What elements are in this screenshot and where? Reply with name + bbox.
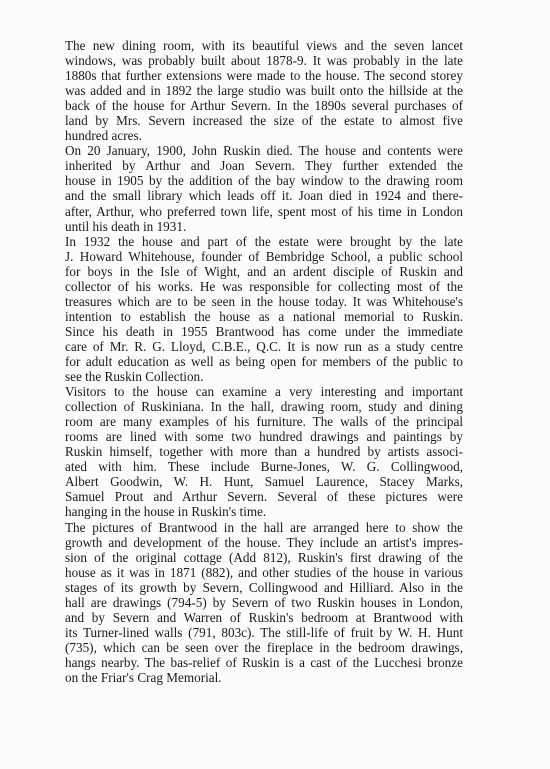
text-line: inherited by Arthur and Joan Severn. The… [65,158,463,173]
text-line: and by Severn and Warren of Ruskin's bed… [65,610,463,625]
text-line: Samuel Prout and Arthur Severn. Several … [65,489,463,504]
paragraph-collection: Visitors to the house can examine a very… [65,384,463,519]
text-line: hangs nearby. The bas-relief of Ruskin i… [65,655,463,670]
text-line: Since his death in 1955 Brantwood has co… [65,324,463,339]
text-line: room are many examples of his furniture.… [65,414,463,429]
text-line: intention to establish the house as a na… [65,309,463,324]
text-line: The new dining room, with its beautiful … [65,38,463,53]
paragraph-dining-room-history: The new dining room, with its beautiful … [65,38,463,143]
text-line: collection of Ruskiniana. In the hall, d… [65,399,463,414]
text-line: back of the house for Arthur Severn. In … [65,98,463,113]
text-line: windows, was probably built about 1878-9… [65,53,463,68]
text-line: hanging in the house in Ruskin's time. [65,504,463,519]
text-line: growth and development of the house. The… [65,535,463,550]
text-line: collector of his works. He was responsib… [65,279,463,294]
text-line: Visitors to the house can examine a very… [65,384,463,399]
text-line: J. Howard Whitehouse, founder of Bembrid… [65,249,463,264]
text-line: Ruskin himself, together with more than … [65,444,463,459]
text-line: for adult education as well as being ope… [65,354,463,369]
text-line: house in 1905 by the addition of the bay… [65,173,463,188]
text-line: care of Mr. R. G. Lloyd, C.B.E., Q.C. It… [65,339,463,354]
paragraph-whitehouse: In 1932 the house and part of the estate… [65,234,463,384]
text-line: 1880s that further extensions were made … [65,68,463,83]
text-line: see the Ruskin Collection. [65,369,463,384]
text-line: for boys in the Isle of Wight, and an ar… [65,264,463,279]
text-line: (735), which can be seen over the firepl… [65,640,463,655]
text-line: rooms are lined with some two hundred dr… [65,429,463,444]
text-line: hundred acres. [65,128,463,143]
text-line: treasures which are to be seen in the ho… [65,294,463,309]
text-line: house as it was in 1871 (882), and other… [65,565,463,580]
text-line: sion of the original cottage (Add 812), … [65,550,463,565]
text-line: hall are drawings (794-5) by Severn of t… [65,595,463,610]
paragraph-pictures-of-brantwood: The pictures of Brantwood in the hall ar… [65,520,463,686]
text-line: until his death in 1931. [65,219,463,234]
text-line: On 20 January, 1900, John Ruskin died. T… [65,143,463,158]
text-line: and the small library which leads off it… [65,188,463,203]
paragraph-ruskin-death: On 20 January, 1900, John Ruskin died. T… [65,143,463,233]
text-line: its Turner-lined walls (791, 803c). The … [65,625,463,640]
text-line: on the Friar's Crag Memorial. [65,670,463,685]
document-page: The new dining room, with its beautiful … [65,38,463,685]
text-line: land by Mrs. Severn increased the size o… [65,113,463,128]
text-line: In 1932 the house and part of the estate… [65,234,463,249]
text-line: was added and in 1892 the large studio w… [65,83,463,98]
text-line: stages of its growth by Severn, Collingw… [65,580,463,595]
text-line: Albert Goodwin, W. H. Hunt, Samuel Laure… [65,474,463,489]
text-line: The pictures of Brantwood in the hall ar… [65,520,463,535]
text-line: ated with him. These include Burne-Jones… [65,459,463,474]
text-line: after, Arthur, who preferred town life, … [65,204,463,219]
